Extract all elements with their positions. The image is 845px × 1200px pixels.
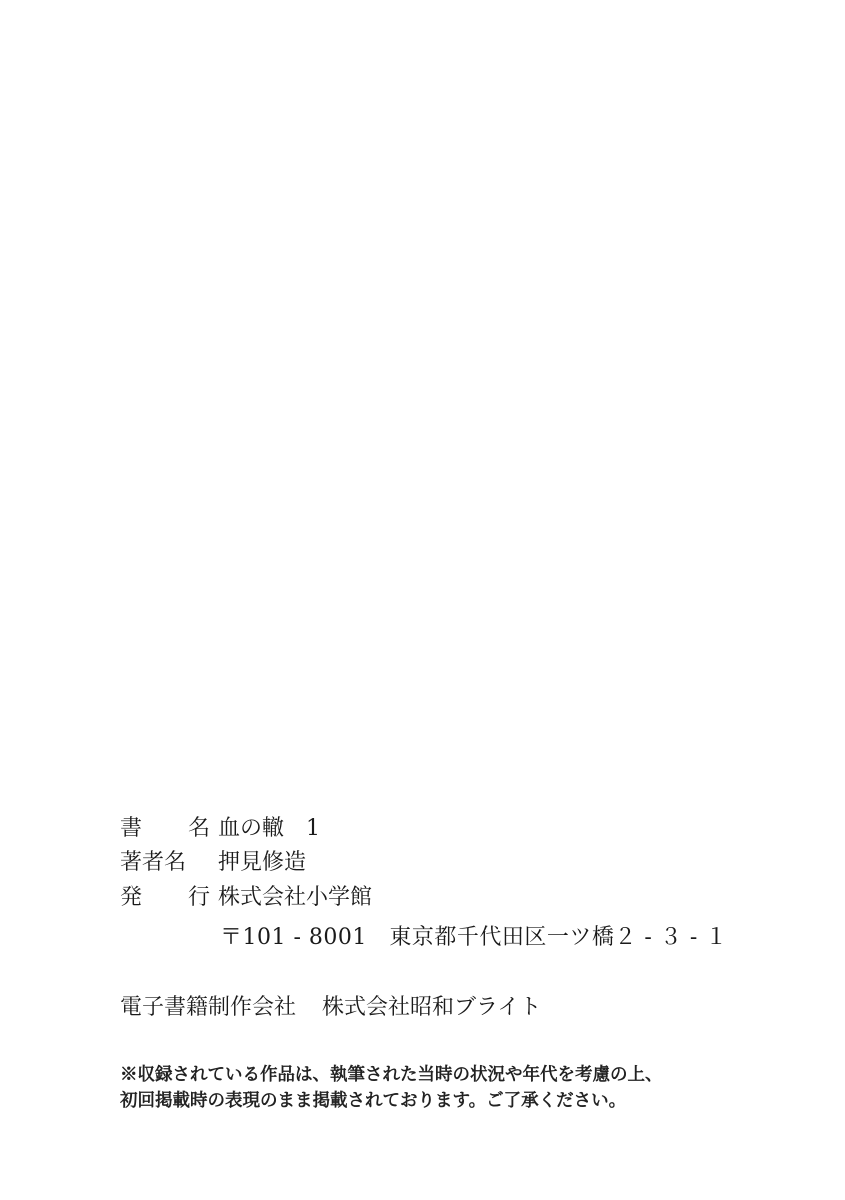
- author-label: 著者名: [120, 851, 210, 875]
- author-value: 押見修造: [218, 851, 306, 875]
- title-value: 血の轍 1: [218, 817, 320, 841]
- publisher-address: 〒101 - 8001 東京都千代田区一ツ橋２ - ３ - １: [220, 926, 728, 950]
- title-label: 書 名: [120, 817, 210, 841]
- ebook-label: 電子書籍制作会社: [120, 995, 296, 1020]
- title-label-char-1: 書: [120, 817, 142, 841]
- notice-line-2: 初回掲載時の表現のまま掲載されております。ご了承ください。: [120, 1088, 626, 1114]
- notice-line-1: ※収録されている作品は、執筆された当時の状況や年代を考慮の上、: [120, 1062, 663, 1088]
- author-label-text: 著者名: [120, 851, 186, 875]
- ebook-value: 株式会社昭和ブライト: [322, 995, 541, 1020]
- publisher-label: 発 行: [120, 886, 210, 910]
- publisher-label-char-1: 発: [120, 886, 142, 910]
- title-label-char-2: 名: [188, 817, 210, 841]
- publisher-value: 株式会社小学館: [218, 886, 372, 910]
- publisher-label-char-2: 行: [188, 886, 210, 910]
- ebook-production-row: 電子書籍制作会社株式会社昭和ブライト: [120, 996, 541, 1020]
